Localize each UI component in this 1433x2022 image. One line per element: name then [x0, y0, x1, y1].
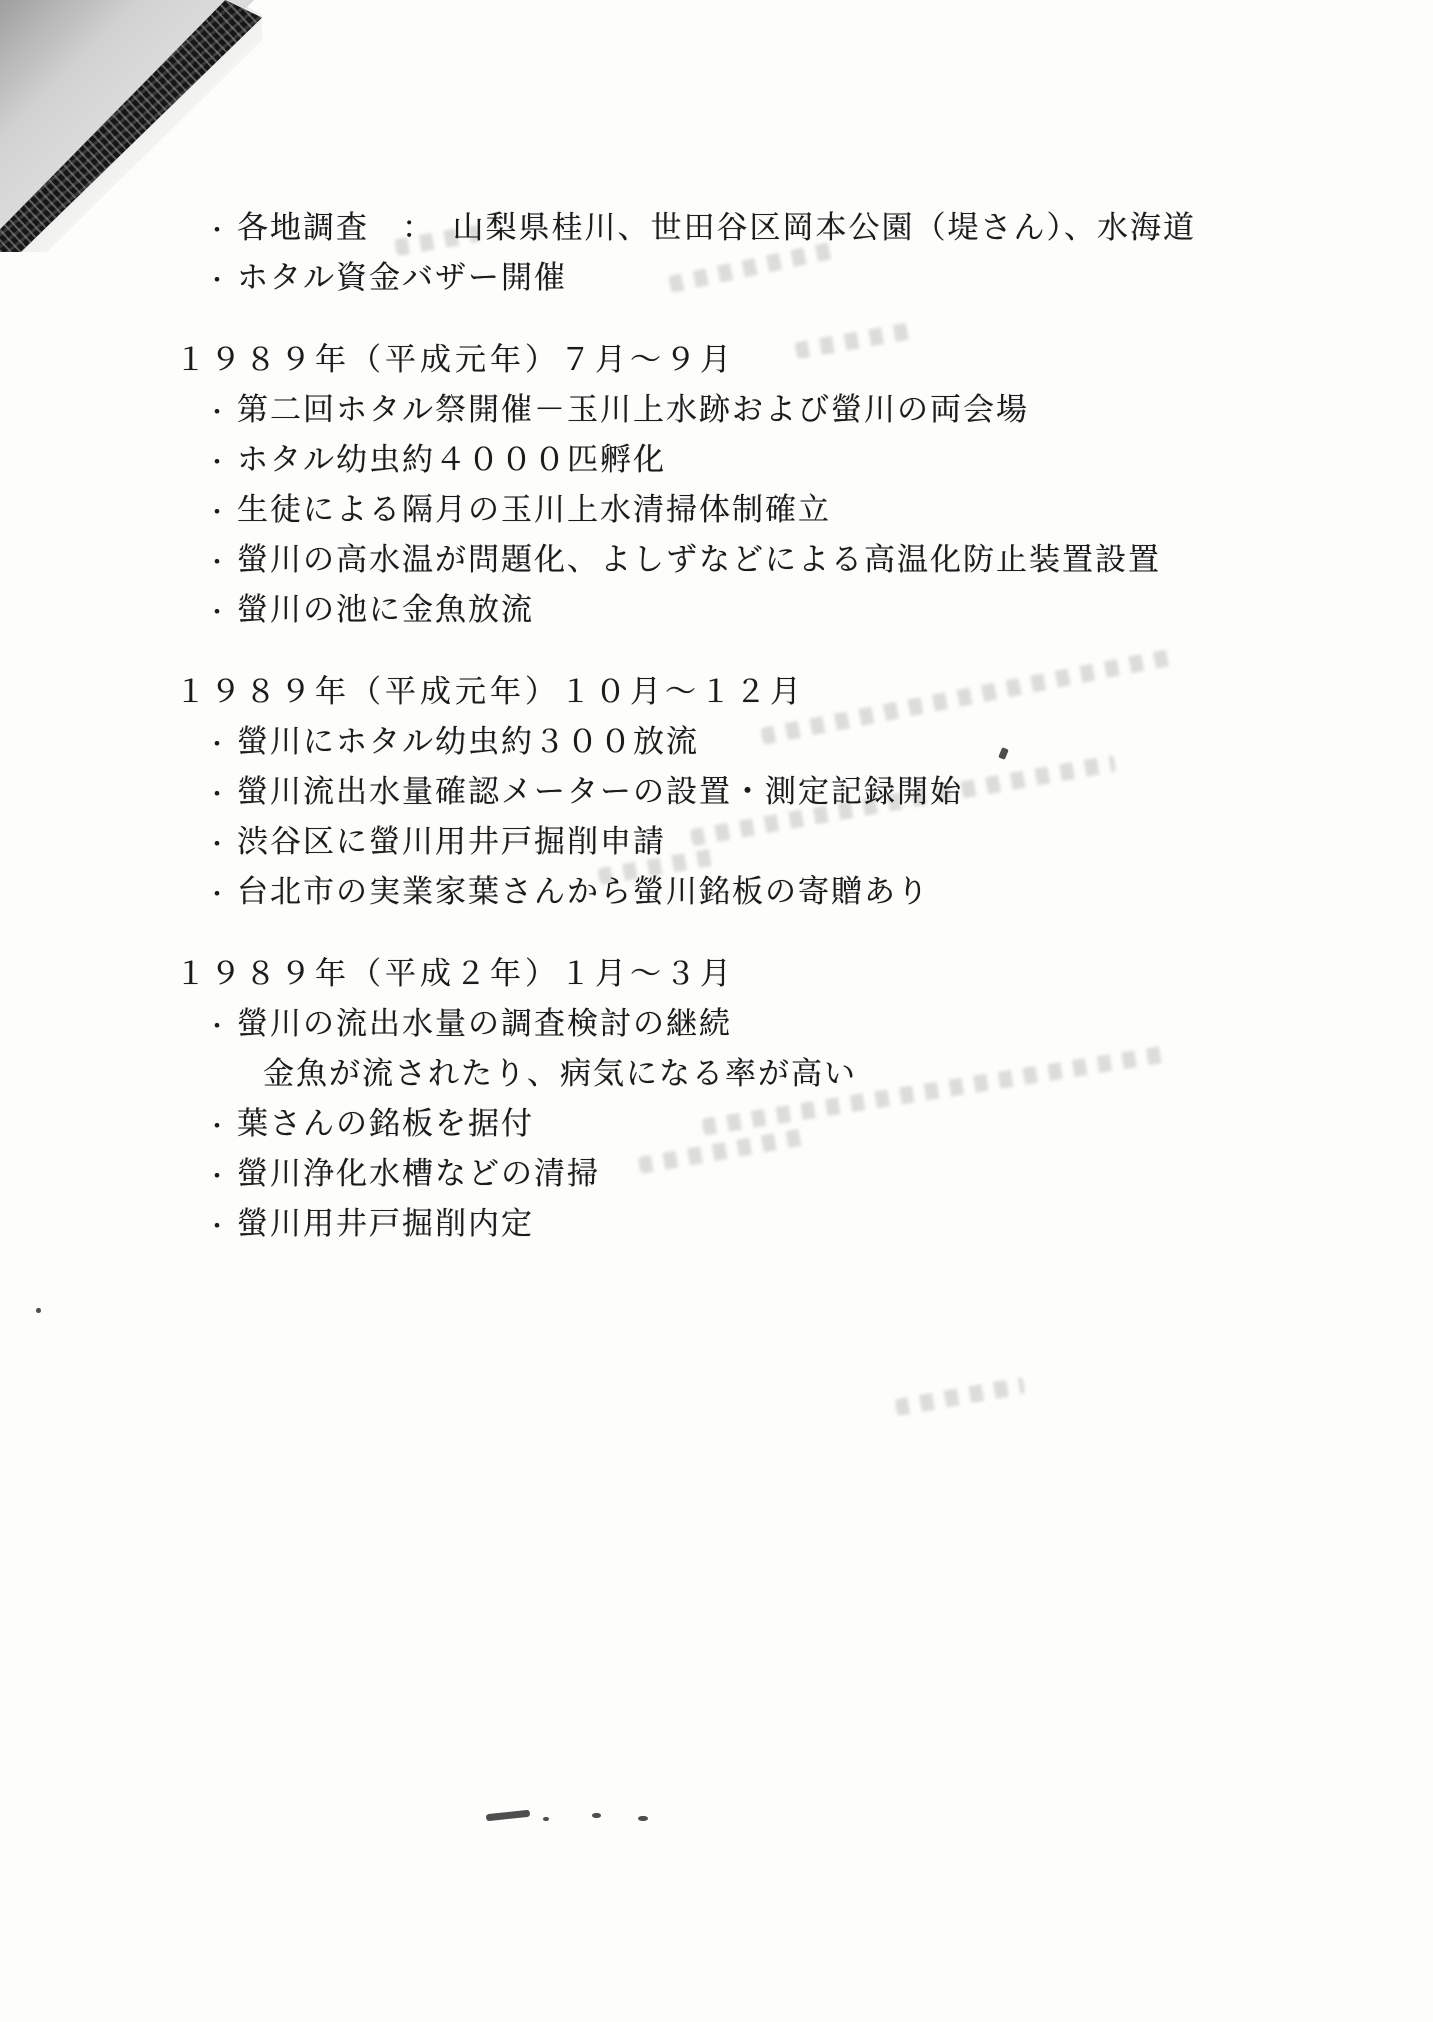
bullet-glyph: ・: [205, 217, 231, 244]
bullet-text: 螢川の池に金魚放流: [237, 592, 534, 627]
bullet-glyph: ・: [205, 549, 231, 576]
bullet-text: ホタル幼虫約４０００匹孵化: [237, 442, 666, 477]
bullet-item: ・螢川用井戸掘削内定: [0, 1199, 1433, 1249]
bullet-text: 螢川の流出水量の調査検討の継続: [237, 1006, 732, 1041]
bullet-item: ・各地調査 ： 山梨県桂川、世田谷区岡本公園（堤さん）、水海道: [0, 203, 1433, 253]
bullet-text: ホタル資金バザー開催: [237, 260, 567, 295]
bullet-item: ・螢川流出水量確認メーターの設置・測定記録開始: [0, 767, 1433, 817]
bullet-item: ・渋谷区に螢川用井戸掘削申請: [0, 817, 1433, 867]
bullet-item: ・螢川にホタル幼虫約３００放流: [0, 717, 1433, 767]
bullet-glyph: ・: [205, 881, 231, 908]
bullet-text: 螢川浄化水槽などの清掃: [237, 1156, 600, 1191]
bullet-glyph: ・: [205, 1213, 231, 1240]
scan-squiggle: [486, 1810, 530, 1822]
bullet-item: ・螢川浄化水槽などの清掃: [0, 1149, 1433, 1199]
bullet-item: ・生徒による隔月の玉川上水清掃体制確立: [0, 485, 1433, 535]
bullet-text: 螢川用井戸掘削内定: [237, 1206, 534, 1241]
bullet-glyph: ・: [205, 1113, 231, 1140]
bullet-text: 各地調査 ： 山梨県桂川、世田谷区岡本公園（堤さん）、水海道: [237, 210, 1196, 245]
bullet-item: ・螢川の高水温が問題化、よしずなどによる高温化防止装置設置: [0, 535, 1433, 585]
scan-dot: [638, 1816, 648, 1821]
bullet-text: 台北市の実業家葉さんから螢川銘板の寄贈あり: [237, 874, 930, 909]
bullet-item: ・ホタル資金バザー開催: [0, 253, 1433, 303]
bullet-text: 第二回ホタル祭開催－玉川上水跡および螢川の両会場: [237, 392, 1029, 427]
bullet-item: ・台北市の実業家葉さんから螢川銘板の寄贈あり: [0, 867, 1433, 917]
bullet-text: 葉さんの銘板を据付: [237, 1106, 534, 1141]
bullet-item: ・螢川の流出水量の調査検討の継続: [0, 999, 1433, 1049]
bullet-glyph: ・: [205, 267, 231, 294]
bullet-text: 螢川流出水量確認メーターの設置・測定記録開始: [237, 774, 963, 809]
bullet-item: ・螢川の池に金魚放流: [0, 585, 1433, 635]
section-heading: １９８９年（平成２年）１月～３月: [0, 949, 1433, 999]
bullet-continuation-text: 金魚が流されたり、病気になる率が高い: [0, 1049, 1433, 1099]
bullet-glyph: ・: [205, 781, 231, 808]
document-content: ・各地調査 ： 山梨県桂川、世田谷区岡本公園（堤さん）、水海道・ホタル資金バザー…: [0, 203, 1433, 1249]
scan-smudge: [895, 1377, 1026, 1416]
scan-dot: [36, 1308, 41, 1313]
bullet-glyph: ・: [205, 731, 231, 758]
timeline-section: １９８９年（平成２年）１月～３月・螢川の流出水量の調査検討の継続金魚が流されたり…: [0, 949, 1433, 1249]
timeline-section: １９８９年（平成元年）７月～９月・第二回ホタル祭開催－玉川上水跡および螢川の両会…: [0, 335, 1433, 635]
bullet-glyph: ・: [205, 1013, 231, 1040]
bullet-text: 生徒による隔月の玉川上水清掃体制確立: [237, 492, 831, 527]
bullet-text: 螢川にホタル幼虫約３００放流: [237, 724, 699, 759]
bullet-text: 渋谷区に螢川用井戸掘削申請: [237, 824, 666, 859]
bullet-item: ・第二回ホタル祭開催－玉川上水跡および螢川の両会場: [0, 385, 1433, 435]
section-heading: １９８９年（平成元年）１０月～１２月: [0, 667, 1433, 717]
bullet-glyph: ・: [205, 449, 231, 476]
bullet-text: 螢川の高水温が問題化、よしずなどによる高温化防止装置設置: [237, 542, 1161, 577]
bullet-glyph: ・: [205, 399, 231, 426]
bullet-glyph: ・: [205, 831, 231, 858]
bullet-item: ・葉さんの銘板を据付: [0, 1099, 1433, 1149]
scan-dot: [592, 1813, 601, 1818]
scan-dot: [543, 1817, 549, 1821]
bullet-glyph: ・: [205, 499, 231, 526]
section-heading: １９８９年（平成元年）７月～９月: [0, 335, 1433, 385]
bullet-glyph: ・: [205, 1163, 231, 1190]
intro-bullets: ・各地調査 ： 山梨県桂川、世田谷区岡本公園（堤さん）、水海道・ホタル資金バザー…: [0, 203, 1433, 303]
timeline-section: １９８９年（平成元年）１０月～１２月・螢川にホタル幼虫約３００放流・螢川流出水量…: [0, 667, 1433, 917]
bullet-item: ・ホタル幼虫約４０００匹孵化: [0, 435, 1433, 485]
bullet-glyph: ・: [205, 599, 231, 626]
scanned-document-page: ・各地調査 ： 山梨県桂川、世田谷区岡本公園（堤さん）、水海道・ホタル資金バザー…: [0, 0, 1433, 2022]
